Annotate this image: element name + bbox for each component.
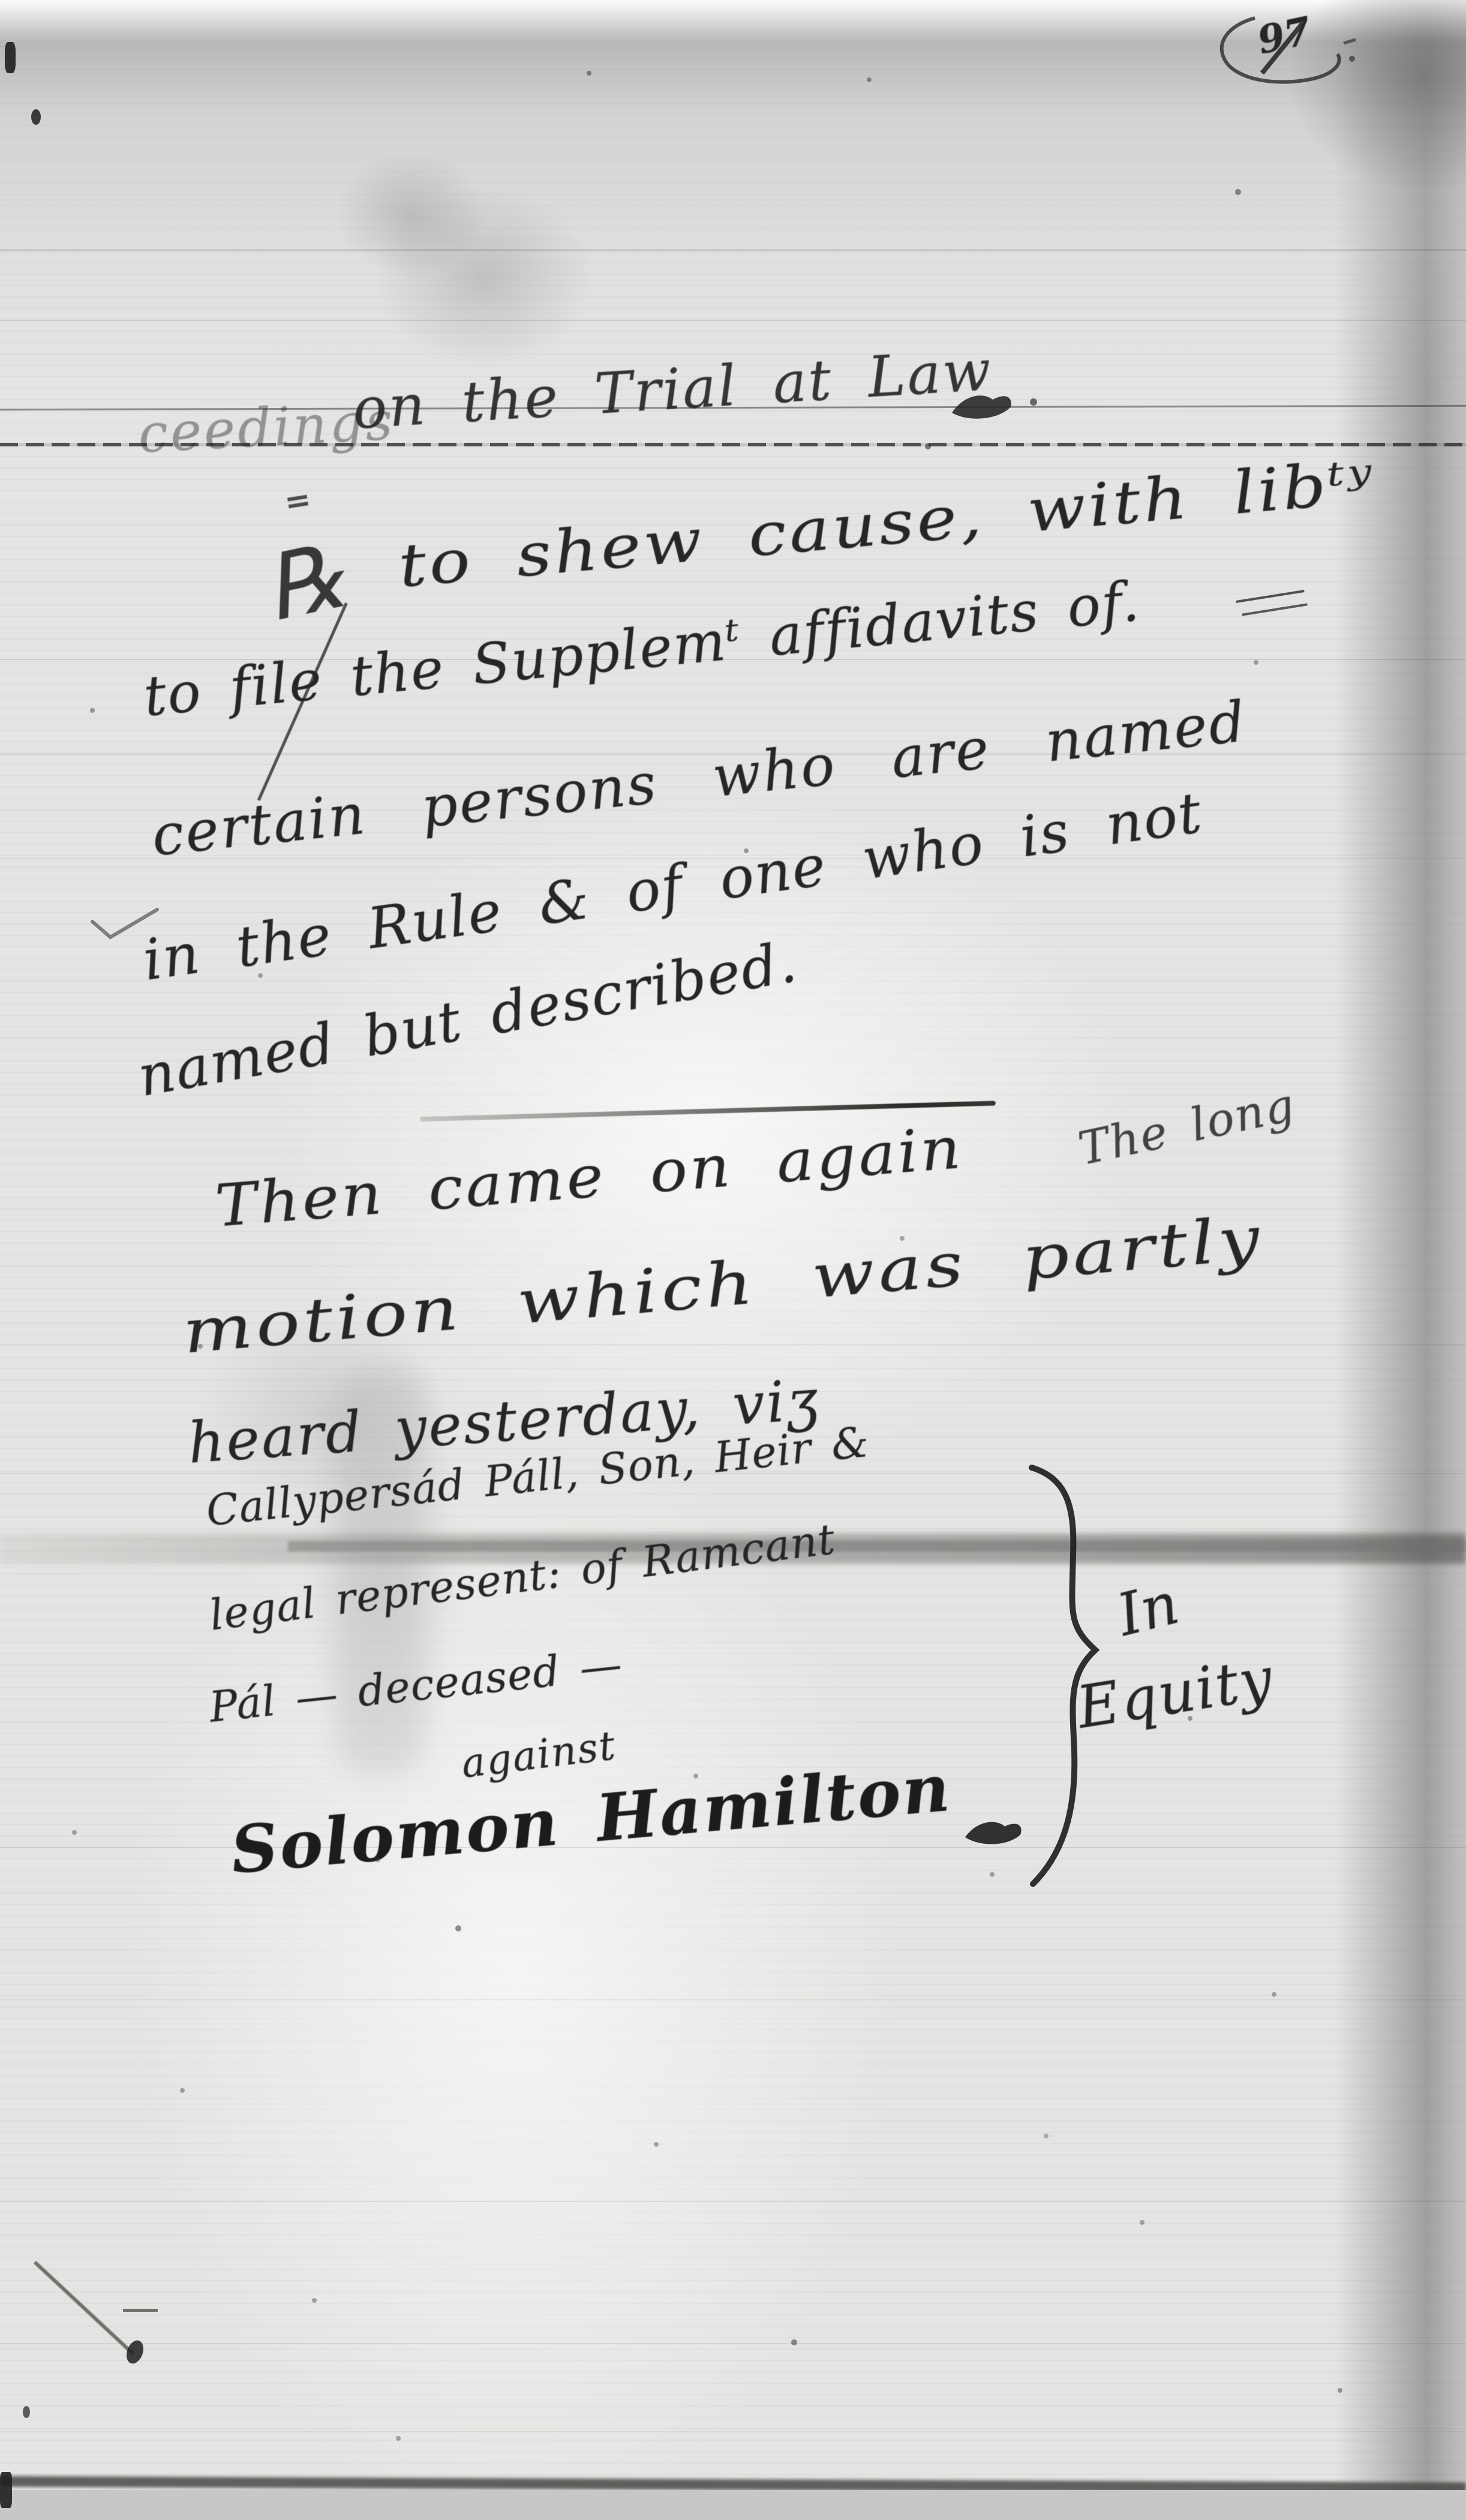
scan-streak [0, 249, 1466, 251]
rx-rule-symbol: ℞ [255, 523, 356, 642]
scan-streak [0, 2201, 1466, 2202]
handwritten-line-2: to shew cause, with libᵗʸ [396, 448, 1378, 601]
edge-mark [23, 2406, 30, 2418]
scan-streak [0, 2431, 1466, 2432]
edge-mark [0, 2472, 12, 2508]
flourish-after-law [951, 389, 1041, 431]
interlinear-insertion: The long [1074, 1078, 1300, 1175]
scanner-bed-bottom [0, 2490, 1466, 2520]
scan-streak [0, 1999, 1466, 2000]
handwritten-line-7: Then came on again [213, 1114, 965, 1240]
manuscript-page: 97 ceedings on the Trial at Law = ℞ to s… [0, 0, 1466, 2520]
handwritten-line-1: on the Trial at Law [351, 338, 995, 442]
superscript-underline [1242, 603, 1307, 616]
stray-pen-mark [90, 906, 162, 954]
edge-mark [5, 42, 16, 73]
insertion-mark: = [282, 481, 314, 521]
court-designation-word-1: In [1111, 1570, 1185, 1649]
ink-blob [124, 2338, 146, 2366]
fold-smudge-core [288, 1541, 1466, 1552]
superscript-underline [1236, 590, 1304, 603]
ink-speck [31, 109, 41, 125]
scan-streak [0, 320, 1466, 321]
scan-streak [0, 2343, 1466, 2344]
dust-specks [0, 0, 2, 2]
scratch-mark [34, 2261, 135, 2356]
scan-streak [0, 1847, 1466, 1848]
pen-dash [123, 2309, 158, 2312]
case-caption-versus: against [459, 1722, 618, 1787]
